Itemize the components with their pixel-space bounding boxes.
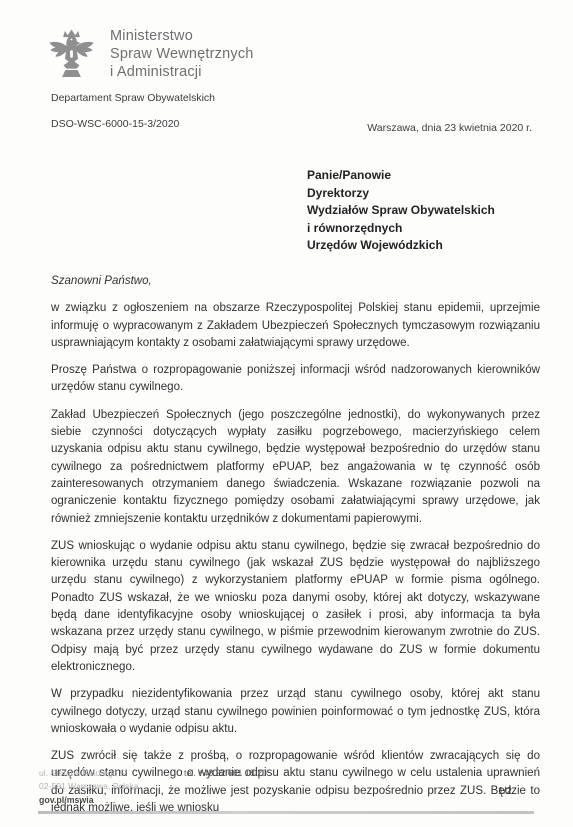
recipient-line: Panie/Panowie [307, 167, 495, 185]
recipient-block: Panie/Panowie Dyrektorzy Wydziałów Spraw… [307, 167, 495, 255]
body-paragraph: ZUS wnioskując o wydanie odpisu aktu sta… [51, 538, 540, 676]
ministry-name-line: Spraw Wewnętrznych [110, 45, 254, 63]
body-paragraph: w związku z ogłoszeniem na obszarze Rzec… [51, 300, 540, 352]
letter-page: Ministerstwo Spraw Wewnętrznych i Admini… [0, 0, 573, 827]
salutation: Szanowni Państwo, [51, 273, 540, 290]
footer-phone: tel. +48 22 601 18 20 [184, 768, 267, 778]
footer-website: gov.pl/mswia [39, 795, 94, 805]
body-paragraph: W przypadku niezidentyfikowania przez ur… [51, 686, 540, 738]
footer-divider [38, 811, 534, 814]
body-paragraph: Zakład Ubezpieczeń Społecznych (jego pos… [51, 407, 540, 528]
recipient-line: i równorzędnych [307, 220, 495, 238]
recipient-line: Wydziałów Spraw Obywatelskich [307, 202, 495, 220]
footer-address-city: 02-591 Warszawa, Polska [39, 781, 139, 791]
page-number: 1/2 [498, 786, 512, 797]
ministry-name-line: i Administracji [110, 63, 254, 81]
ministry-name: Ministerstwo Spraw Wewnętrznych i Admini… [110, 27, 254, 81]
recipient-line: Urzędów Wojewódzkich [307, 237, 495, 255]
department-name: Departament Spraw Obywatelskich [51, 92, 215, 104]
letter-body: Szanowni Państwo, w związku z ogłoszenie… [51, 273, 540, 827]
ministry-name-line: Ministerstwo [110, 27, 254, 45]
body-paragraph: Proszę Państwa o rozpropagowanie poniższ… [51, 362, 540, 397]
polish-eagle-emblem-icon [48, 26, 95, 82]
footer-address-street: ul. Stefana Batorego 5 [39, 768, 125, 778]
reference-number: DSO-WSC-6000-15-3/2020 [51, 118, 179, 130]
recipient-line: Dyrektorzy [307, 185, 495, 203]
place-and-date: Warszawa, dnia 23 kwietnia 2020 r. [367, 122, 532, 134]
